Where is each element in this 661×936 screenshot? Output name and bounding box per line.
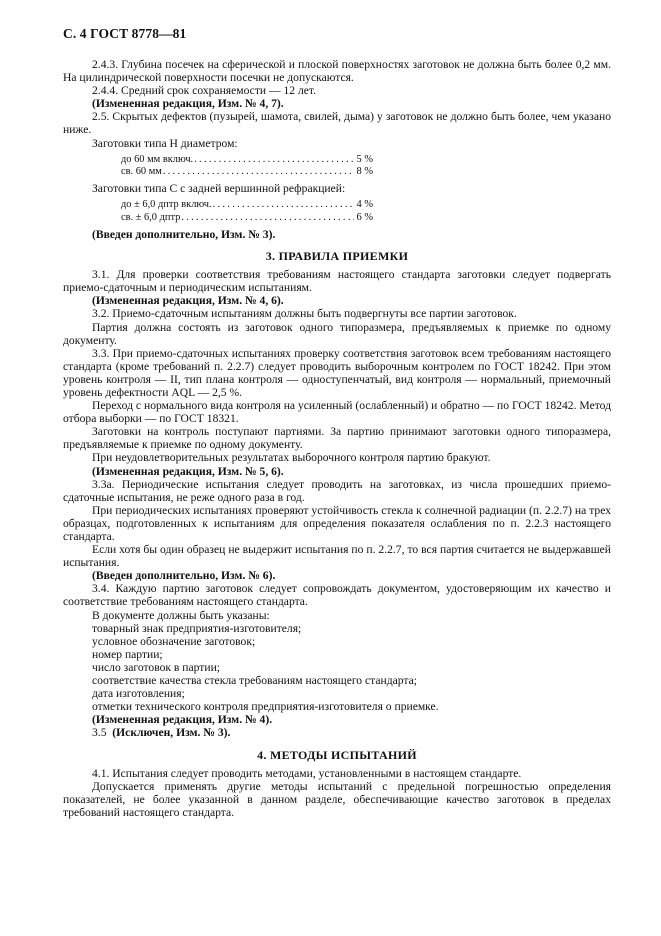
defect-row: св. 60 мм ..............................… xyxy=(121,166,373,178)
document-contents-item: дата изготовления; xyxy=(63,687,611,700)
type-c-defect-list: до ± 6,0 дптр включ. ...................… xyxy=(63,199,373,224)
document-contents-item: номер партии; xyxy=(63,648,611,661)
defect-label: св. ± 6,0 дптр xyxy=(121,212,180,224)
leader-dots: ........................................… xyxy=(213,199,354,211)
clause-3-1: 3.1. Для проверки соответствия требовани… xyxy=(63,268,611,294)
defect-label: св. 60 мм xyxy=(121,166,162,178)
clause-4-1-text: Допускается применять другие методы испы… xyxy=(63,780,611,819)
document-contents-item: товарный знак предприятия-изготовителя; xyxy=(63,622,611,635)
defect-row: св. ± 6,0 дптр .........................… xyxy=(121,212,373,224)
document-contents-item: отметки технического контроля предприяти… xyxy=(63,700,611,713)
defect-row: до 60 мм включ. ........................… xyxy=(121,154,373,166)
clause-3-3-text: При неудовлетворительных результатах выб… xyxy=(63,451,611,464)
leader-dots: ........................................… xyxy=(194,154,353,166)
clause-number: 3.5 xyxy=(92,726,107,739)
clause-2-4-3: 2.4.3. Глубина посечек на сферической и … xyxy=(63,58,611,84)
defect-value: 8 % xyxy=(357,166,373,178)
amendment-note: (Измененная редакция, Изм. № 4). xyxy=(63,713,611,726)
defect-row: до ± 6,0 дптр включ. ...................… xyxy=(121,199,373,211)
page-header: С. 4 ГОСТ 8778—81 xyxy=(63,26,186,42)
defect-label: до ± 6,0 дптр включ. xyxy=(121,199,212,211)
document-body: 2.4.3. Глубина посечек на сферической и … xyxy=(63,58,611,819)
clause-3-4: 3.4. Каждую партию заготовок следует соп… xyxy=(63,582,611,608)
document-contents-intro: В документе должны быть указаны: xyxy=(63,609,611,622)
amendment-note: (Введен дополнительно, Изм. № 6). xyxy=(63,569,611,582)
defect-value: 5 % xyxy=(357,154,373,166)
clause-3-3a: 3.3а. Периодические испытания следует пр… xyxy=(63,478,611,504)
defect-value: 4 % xyxy=(357,199,373,211)
amendment-note: (Измененная редакция, Изм. № 5, 6). xyxy=(63,465,611,478)
amendment-note: (Измененная редакция, Изм. № 4, 6). xyxy=(63,294,611,307)
clause-3-3a-text: Если хотя бы один образец не выдержит ис… xyxy=(63,543,611,569)
amendment-note: (Измененная редакция, Изм. № 4, 7). xyxy=(63,97,611,110)
section-3-title: 3. ПРАВИЛА ПРИЕМКИ xyxy=(63,250,611,263)
document-contents-item: соответствие качества стекла требованиям… xyxy=(63,674,611,687)
clause-2-4-4: 2.4.4. Средний срок сохраняемости — 12 л… xyxy=(63,84,611,97)
document-contents-item: условное обозначение заготовок; xyxy=(63,635,611,648)
clause-3-2: 3.2. Приемо-сдаточным испытаниям должны … xyxy=(63,307,611,320)
clause-3-3-text: Переход с нормального вида контроля на у… xyxy=(63,399,611,425)
type-h-defect-list: до 60 мм включ. ........................… xyxy=(63,154,373,179)
clause-4-1: 4.1. Испытания следует проводить методам… xyxy=(63,767,611,780)
clause-3-3-text: Заготовки на контроль поступают партиями… xyxy=(63,425,611,451)
amendment-note: (Введен дополнительно, Изм. № 3). xyxy=(63,228,611,241)
amendment-note: (Исключен, Изм. № 3). xyxy=(112,726,230,739)
clause-3-3: 3.3. При приемо-сдаточных испытаниях про… xyxy=(63,347,611,399)
type-c-title: Заготовки типа С с задней вершинной рефр… xyxy=(63,182,611,195)
section-4-title: 4. МЕТОДЫ ИСПЫТАНИЙ xyxy=(63,749,611,762)
defect-label: до 60 мм включ. xyxy=(121,154,193,166)
clause-2-5: 2.5. Скрытых дефектов (пузырей, шамота, … xyxy=(63,110,611,136)
clause-3-2-text: Партия должна состоять из заготовок одно… xyxy=(63,321,611,347)
clause-3-3a-text: При периодических испытаниях проверяют у… xyxy=(63,504,611,543)
leader-dots: ........................................… xyxy=(163,166,354,178)
defect-value: 6 % xyxy=(357,212,373,224)
clause-3-5: 3.5 (Исключен, Изм. № 3). xyxy=(63,726,611,739)
document-contents-item: число заготовок в партии; xyxy=(63,661,611,674)
type-h-title: Заготовки типа Н диаметром: xyxy=(63,137,611,150)
leader-dots: ........................................… xyxy=(181,212,353,224)
